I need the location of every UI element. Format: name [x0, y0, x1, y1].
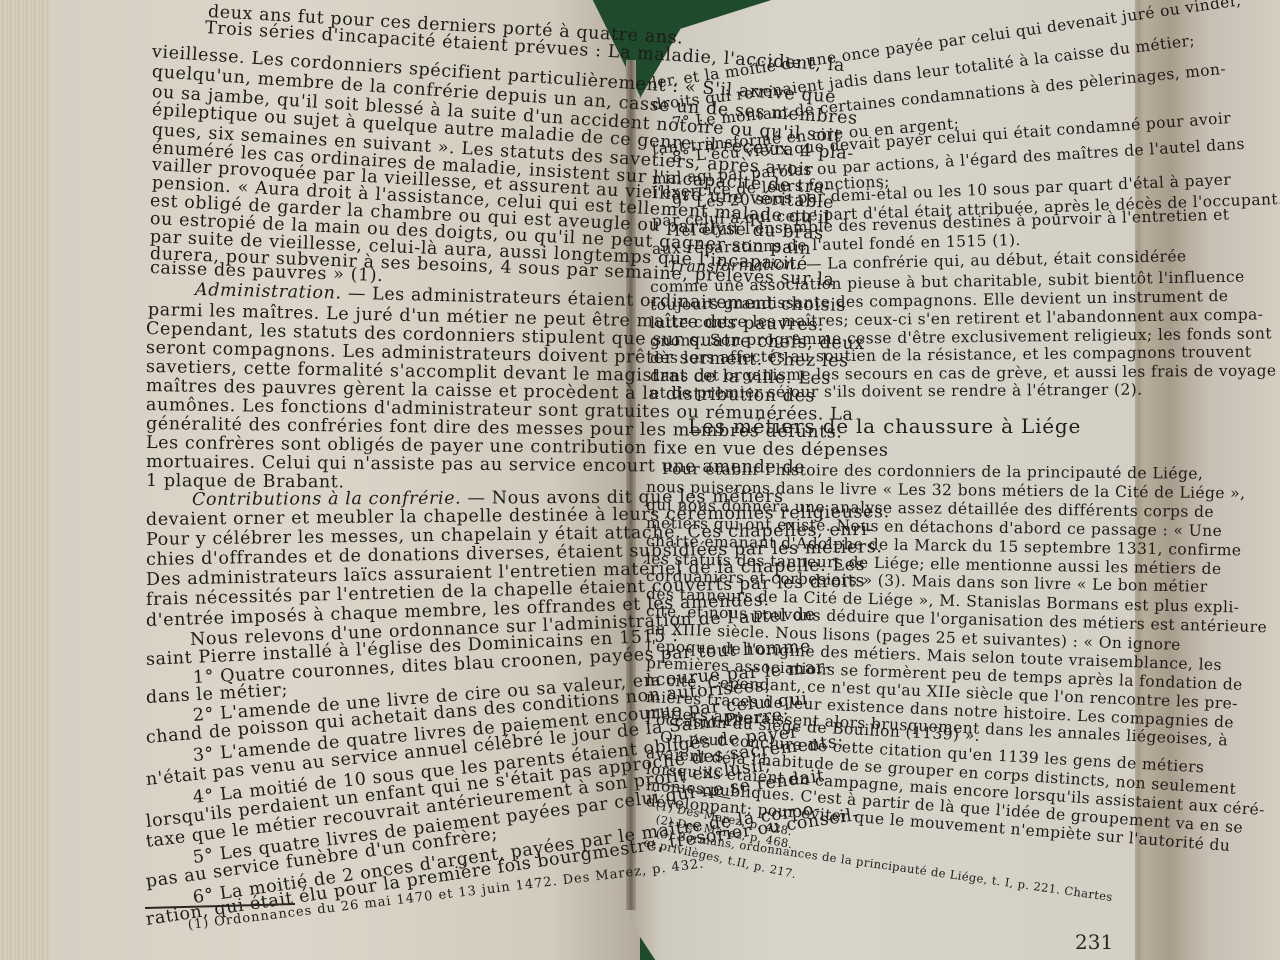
text-line: et de premier séjour s'ils doivent se re…	[650, 381, 1143, 402]
section-title-administration: Administration.	[195, 280, 342, 304]
page-number: 231	[1075, 930, 1113, 954]
section-heading: Les métiers de la chaussure à Liége	[688, 414, 1081, 438]
section-title-transformation: Transformation.	[668, 255, 801, 276]
